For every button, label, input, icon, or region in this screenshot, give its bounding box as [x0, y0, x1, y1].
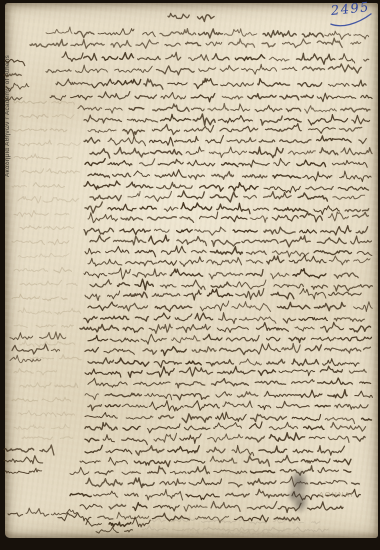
scanned-manuscript-page: Ακαδημία Αθηνών / Academy of Athens ΑΘΗΝ… — [0, 0, 380, 550]
catalog-number-annotation: 2495 — [327, 1, 375, 29]
stamp-text-athens: ΑΘΗΝΑΙ — [319, 492, 354, 499]
handwriting-ink-layer — [0, 0, 380, 550]
archive-ink-stamp — [278, 462, 320, 520]
scan-frame: Ακαδημία Αθηνών / Academy of Athens ΑΘΗΝ… — [0, 0, 380, 550]
